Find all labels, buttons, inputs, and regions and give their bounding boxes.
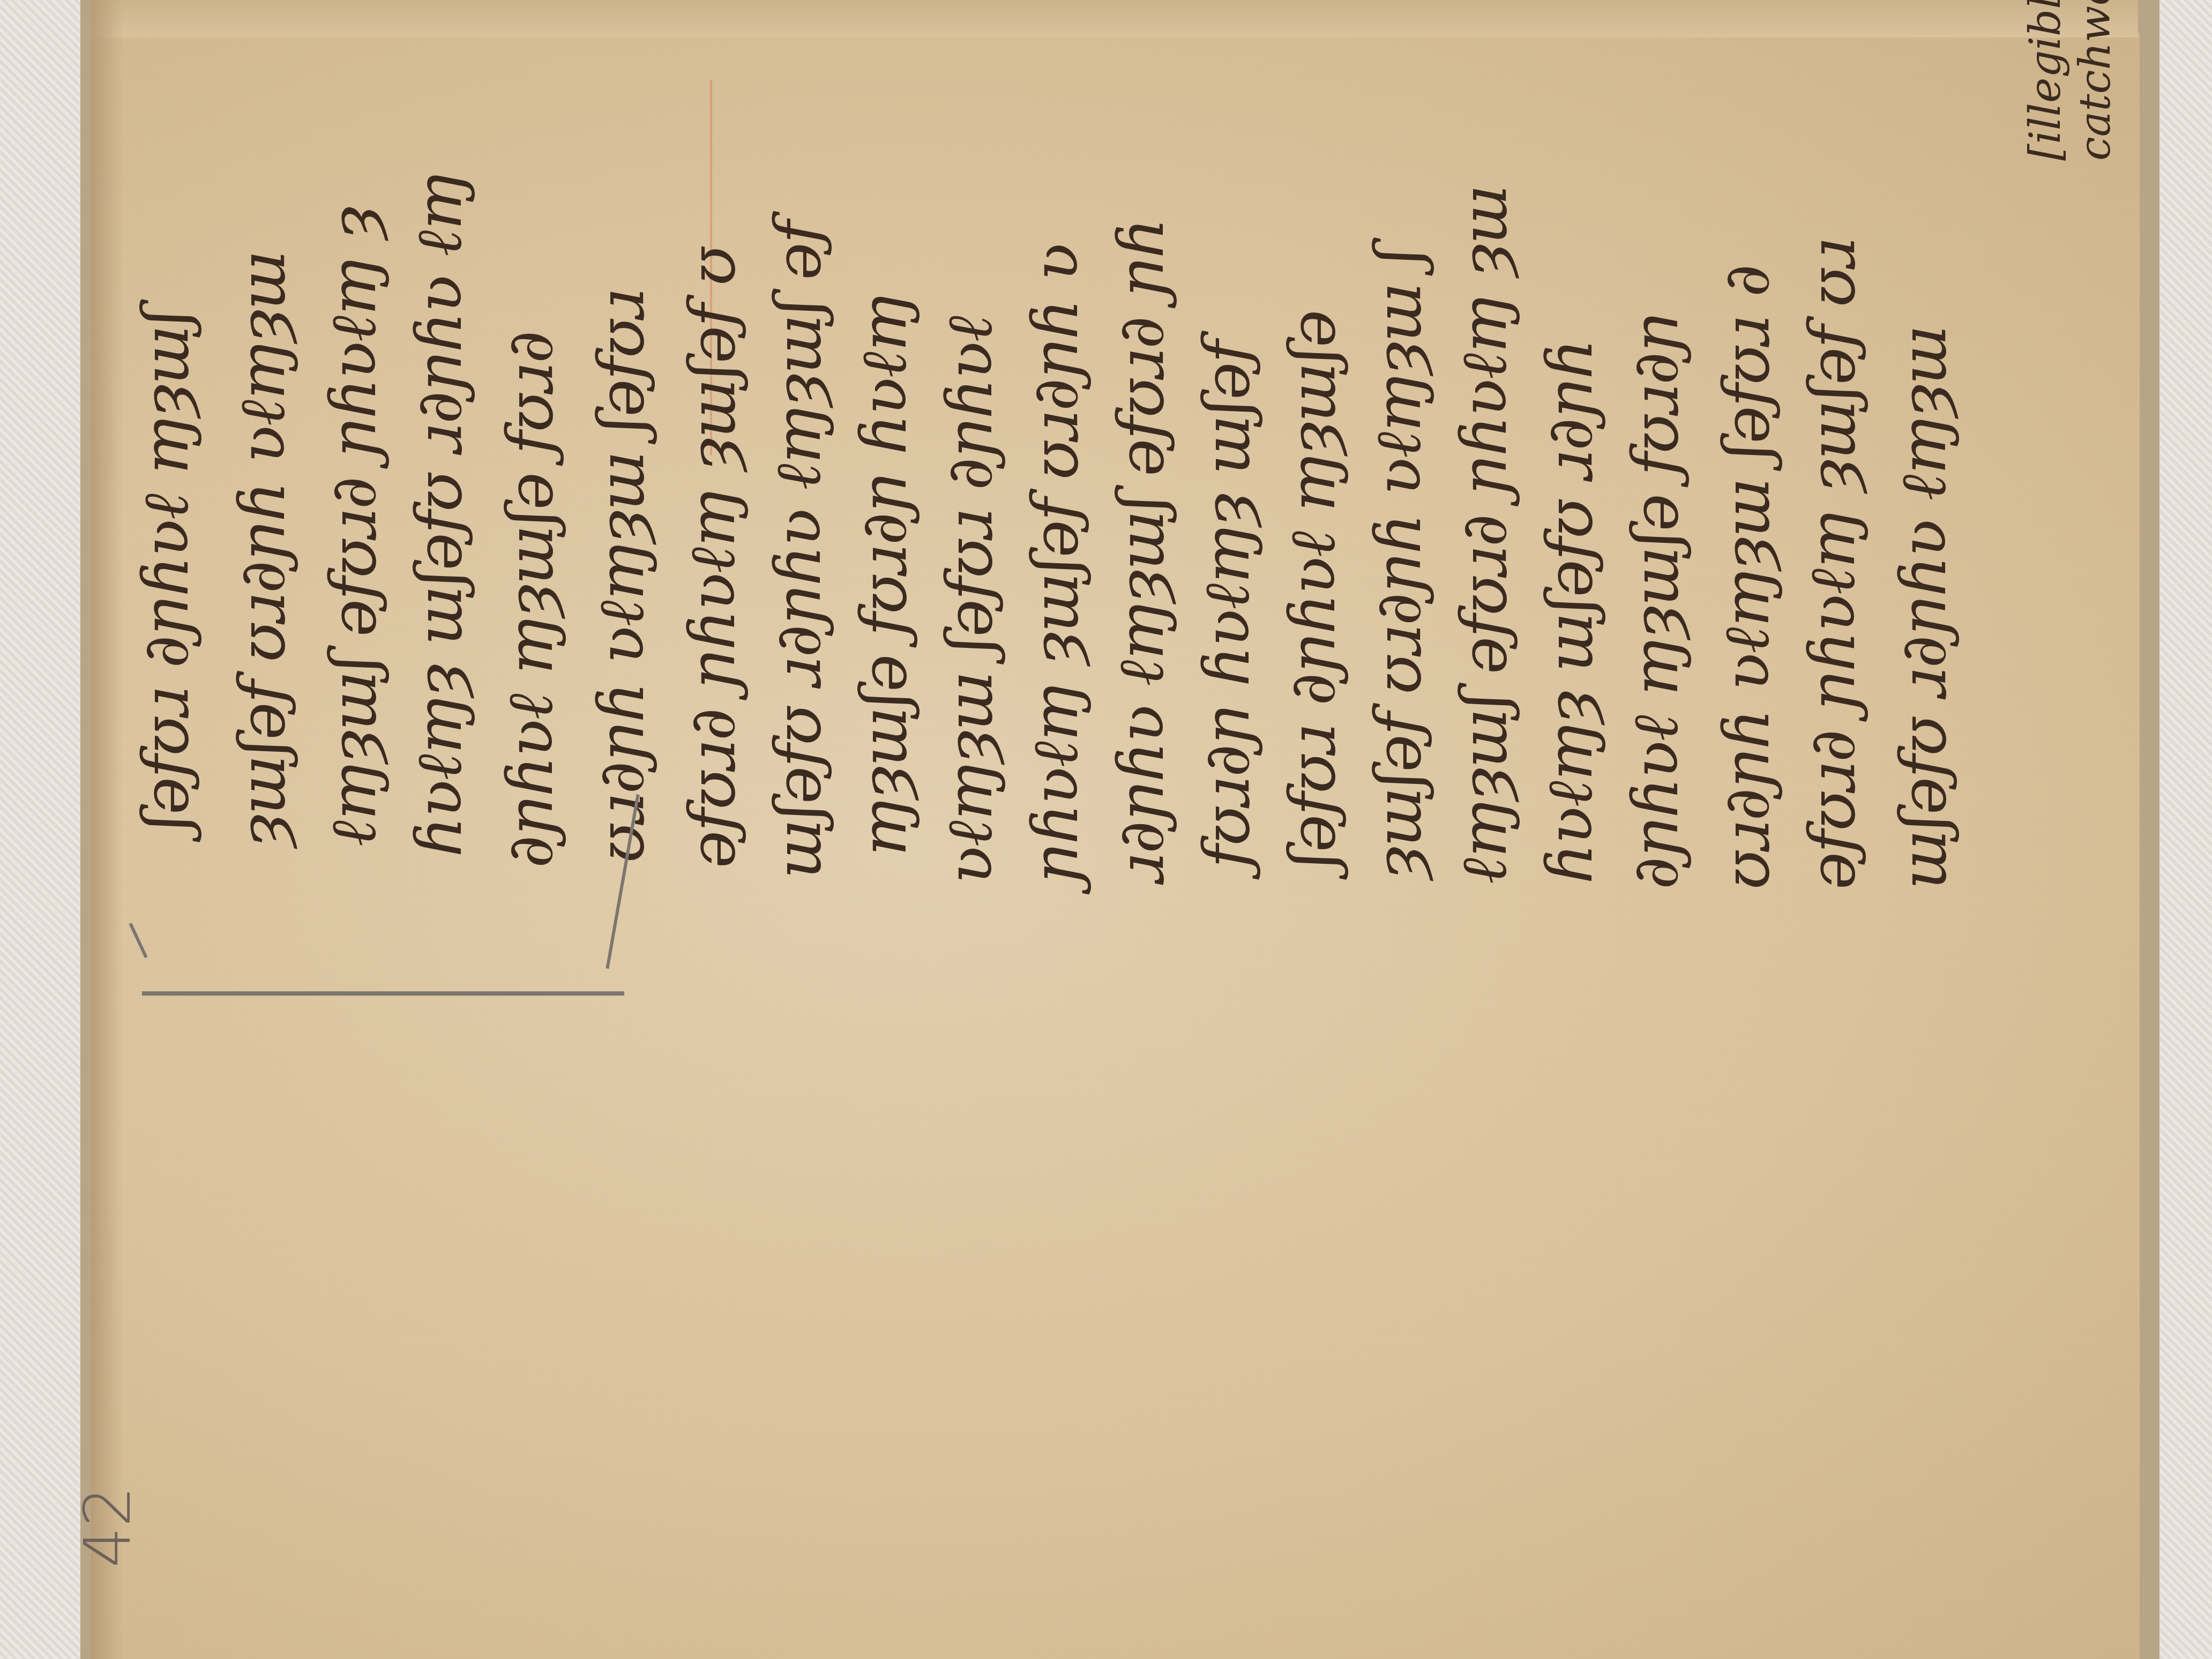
catchword: [illegible catchword] bbox=[2020, 0, 2120, 161]
handwriting: ɱȝɯʃǝ ƒʊɹ∂ɲ ɦʋℓɱ bbox=[847, 294, 921, 857]
handwriting: ∂ɲɦʋℓ ɱȝɯʃǝ ƒʊɹ∂ bbox=[493, 332, 567, 868]
handwriting: ȝɯʃǝƒ ʊɹ∂ɲɦ ʋℓɱȝɯ ʃ bbox=[1361, 248, 1436, 879]
handwriting: ℓɱȝɯʃ ǝƒʊɹ∂ ɲɦʋℓɱ ȝ bbox=[316, 207, 391, 847]
handwriting: ℓɱȝɯʃ ǝƒʊɹ∂ ɲɦʋℓɱ ȝɯ bbox=[1447, 185, 1521, 884]
handwriting: ɦʋℓɱȝ ɯʃǝƒʊ ɹ∂ɲɦ bbox=[1533, 340, 1607, 884]
handwriting: ǝƒʊɹ∂ ɲɦʋℓɱ ȝɯʃǝƒ ʊ bbox=[675, 248, 750, 868]
handwriting: ∂ɲɦʋℓ ɱȝɯʃǝ ƒʊɹ∂ɲ bbox=[1618, 313, 1693, 890]
handwriting: ƒʊɹ∂ɲ ɦʋℓɱȝ ɯʃǝƒ bbox=[1190, 341, 1264, 868]
handwriting: ʊɹ∂ɲɦ ʋℓɱȝɯ ʃǝƒʊɹ ∂ bbox=[1709, 265, 1784, 890]
handwriting: ȝɯʃǝƒ ʊɹ∂ɲɦ ʋℓɱȝɯ bbox=[225, 251, 300, 847]
handwriting: ʃǝƒʊɹ ∂ɲɦʋℓ ɱȝɯʃǝ bbox=[1275, 311, 1350, 868]
handwriting: ʋℓɱȝɯ ʃǝƒʊɹ ∂ɲɦʋℓ bbox=[932, 317, 1007, 884]
handwriting: ɹ∂ɲɦʋ ℓɱȝɯʃ ǝƒʊɹ∂ ɲɦ bbox=[1104, 219, 1178, 884]
handwriting: ʊɹ∂ɲɦ ʋℓɱȝɯ ʃǝƒʊɹ bbox=[584, 289, 659, 863]
handwriting: ʃǝƒʊɹ ∂ɲɦʋℓ ɱȝɯʃ bbox=[129, 310, 203, 831]
handwriting: ɯʃǝƒʊ ɹ∂ɲɦʋ ℓɱȝɯ bbox=[1886, 326, 1961, 890]
handwriting: ɦʋℓɱȝ ɯʃǝƒʊ ɹ∂ɲɦʋ ℓɱ bbox=[402, 173, 476, 857]
handwriting: ɲɦʋℓɱ ȝɯʃǝƒ ʊɹ∂ɲɦ ʋ bbox=[1018, 244, 1093, 884]
page-top-edge bbox=[91, 0, 2138, 38]
page-number: 42 bbox=[71, 1486, 145, 1568]
handwriting: ǝƒʊɹ∂ ɲɦʋℓɱ ȝɯʃǝƒ ʊɹ bbox=[1795, 238, 1870, 890]
pencil-bracket bbox=[142, 954, 624, 996]
handwriting: ɯʃǝƒʊ ɹ∂ɲɦʋ ℓɱȝɯʃ ǝƒ bbox=[761, 221, 835, 879]
gutter-shadow bbox=[91, 0, 123, 1659]
